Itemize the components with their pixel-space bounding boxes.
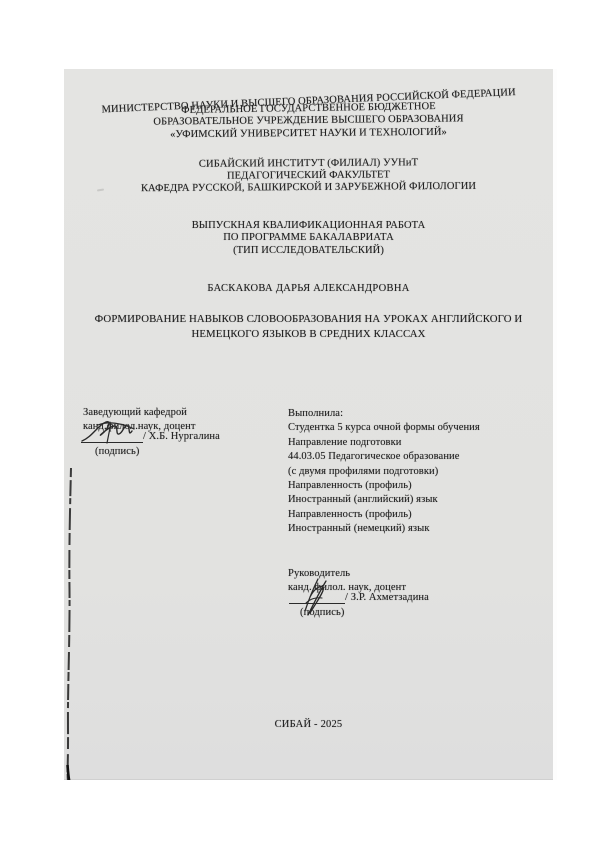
performer-label: Выполнила: bbox=[288, 407, 480, 421]
signature-line bbox=[289, 592, 345, 604]
head-of-department-name: / Х.Б. Нургалина bbox=[143, 431, 220, 442]
supervisor-role: Руководитель bbox=[288, 568, 350, 580]
performer-block: Выполнила: Студентка 5 курса очной формы… bbox=[288, 407, 480, 537]
performer-line: Направленность (профиль) bbox=[288, 479, 480, 493]
supervisor-signature-row: / З.Р. Ахметзадина bbox=[289, 592, 429, 604]
performer-line: Направленность (профиль) bbox=[288, 508, 480, 522]
signature-line bbox=[81, 431, 143, 443]
head-of-department-signature-caption: (подпись) bbox=[95, 446, 140, 458]
head-of-department-role: Заведующий кафедрой bbox=[83, 407, 187, 419]
department-name: КАФЕДРА РУССКОЙ, БАШКИРСКОЙ И ЗАРУБЕЖНОЙ… bbox=[64, 180, 553, 195]
work-type-line-3: (ТИП ИССЛЕДОВАТЕЛЬСКИЙ) bbox=[64, 245, 553, 257]
performer-line: (с двумя профилями подготовки) bbox=[288, 465, 480, 479]
thesis-title-line-2: НЕМЕЦКОГО ЯЗЫКОВ В СРЕДНИХ КЛАССАХ bbox=[64, 328, 553, 340]
supervisor-signature-caption: (подпись) bbox=[300, 607, 345, 619]
work-type-line-2: ПО ПРОГРАММЕ БАКАЛАВРИАТА bbox=[64, 232, 553, 244]
performer-line: Направление подготовки bbox=[288, 436, 480, 450]
performer-line: Студентка 5 курса очной формы обучения bbox=[288, 421, 480, 435]
head-of-department-signature-row: / Х.Б. Нургалина bbox=[81, 431, 220, 443]
work-type-line-1: ВЫПУСКНАЯ КВАЛИФИКАЦИОННАЯ РАБОТА bbox=[64, 220, 553, 232]
performer-line: Иностранный (английский) язык bbox=[288, 493, 480, 507]
performer-line: 44.03.05 Педагогическое образование bbox=[288, 450, 480, 464]
supervisor-name: / З.Р. Ахметзадина bbox=[345, 592, 429, 603]
footer-city-year: СИБАЙ - 2025 bbox=[64, 719, 553, 731]
author-name: БАСКАКОВА ДАРЬЯ АЛЕКСАНДРОВНА bbox=[64, 283, 553, 295]
thesis-title-line-1: ФОРМИРОВАНИЕ НАВЫКОВ СЛОВООБРАЗОВАНИЯ НА… bbox=[64, 313, 553, 325]
scan-page: МИНИСТЕРСТВО НАУКИ И ВЫСШЕГО ОБРАЗОВАНИЯ… bbox=[64, 69, 553, 780]
performer-line: Иностранный (немецкий) язык bbox=[288, 522, 480, 536]
